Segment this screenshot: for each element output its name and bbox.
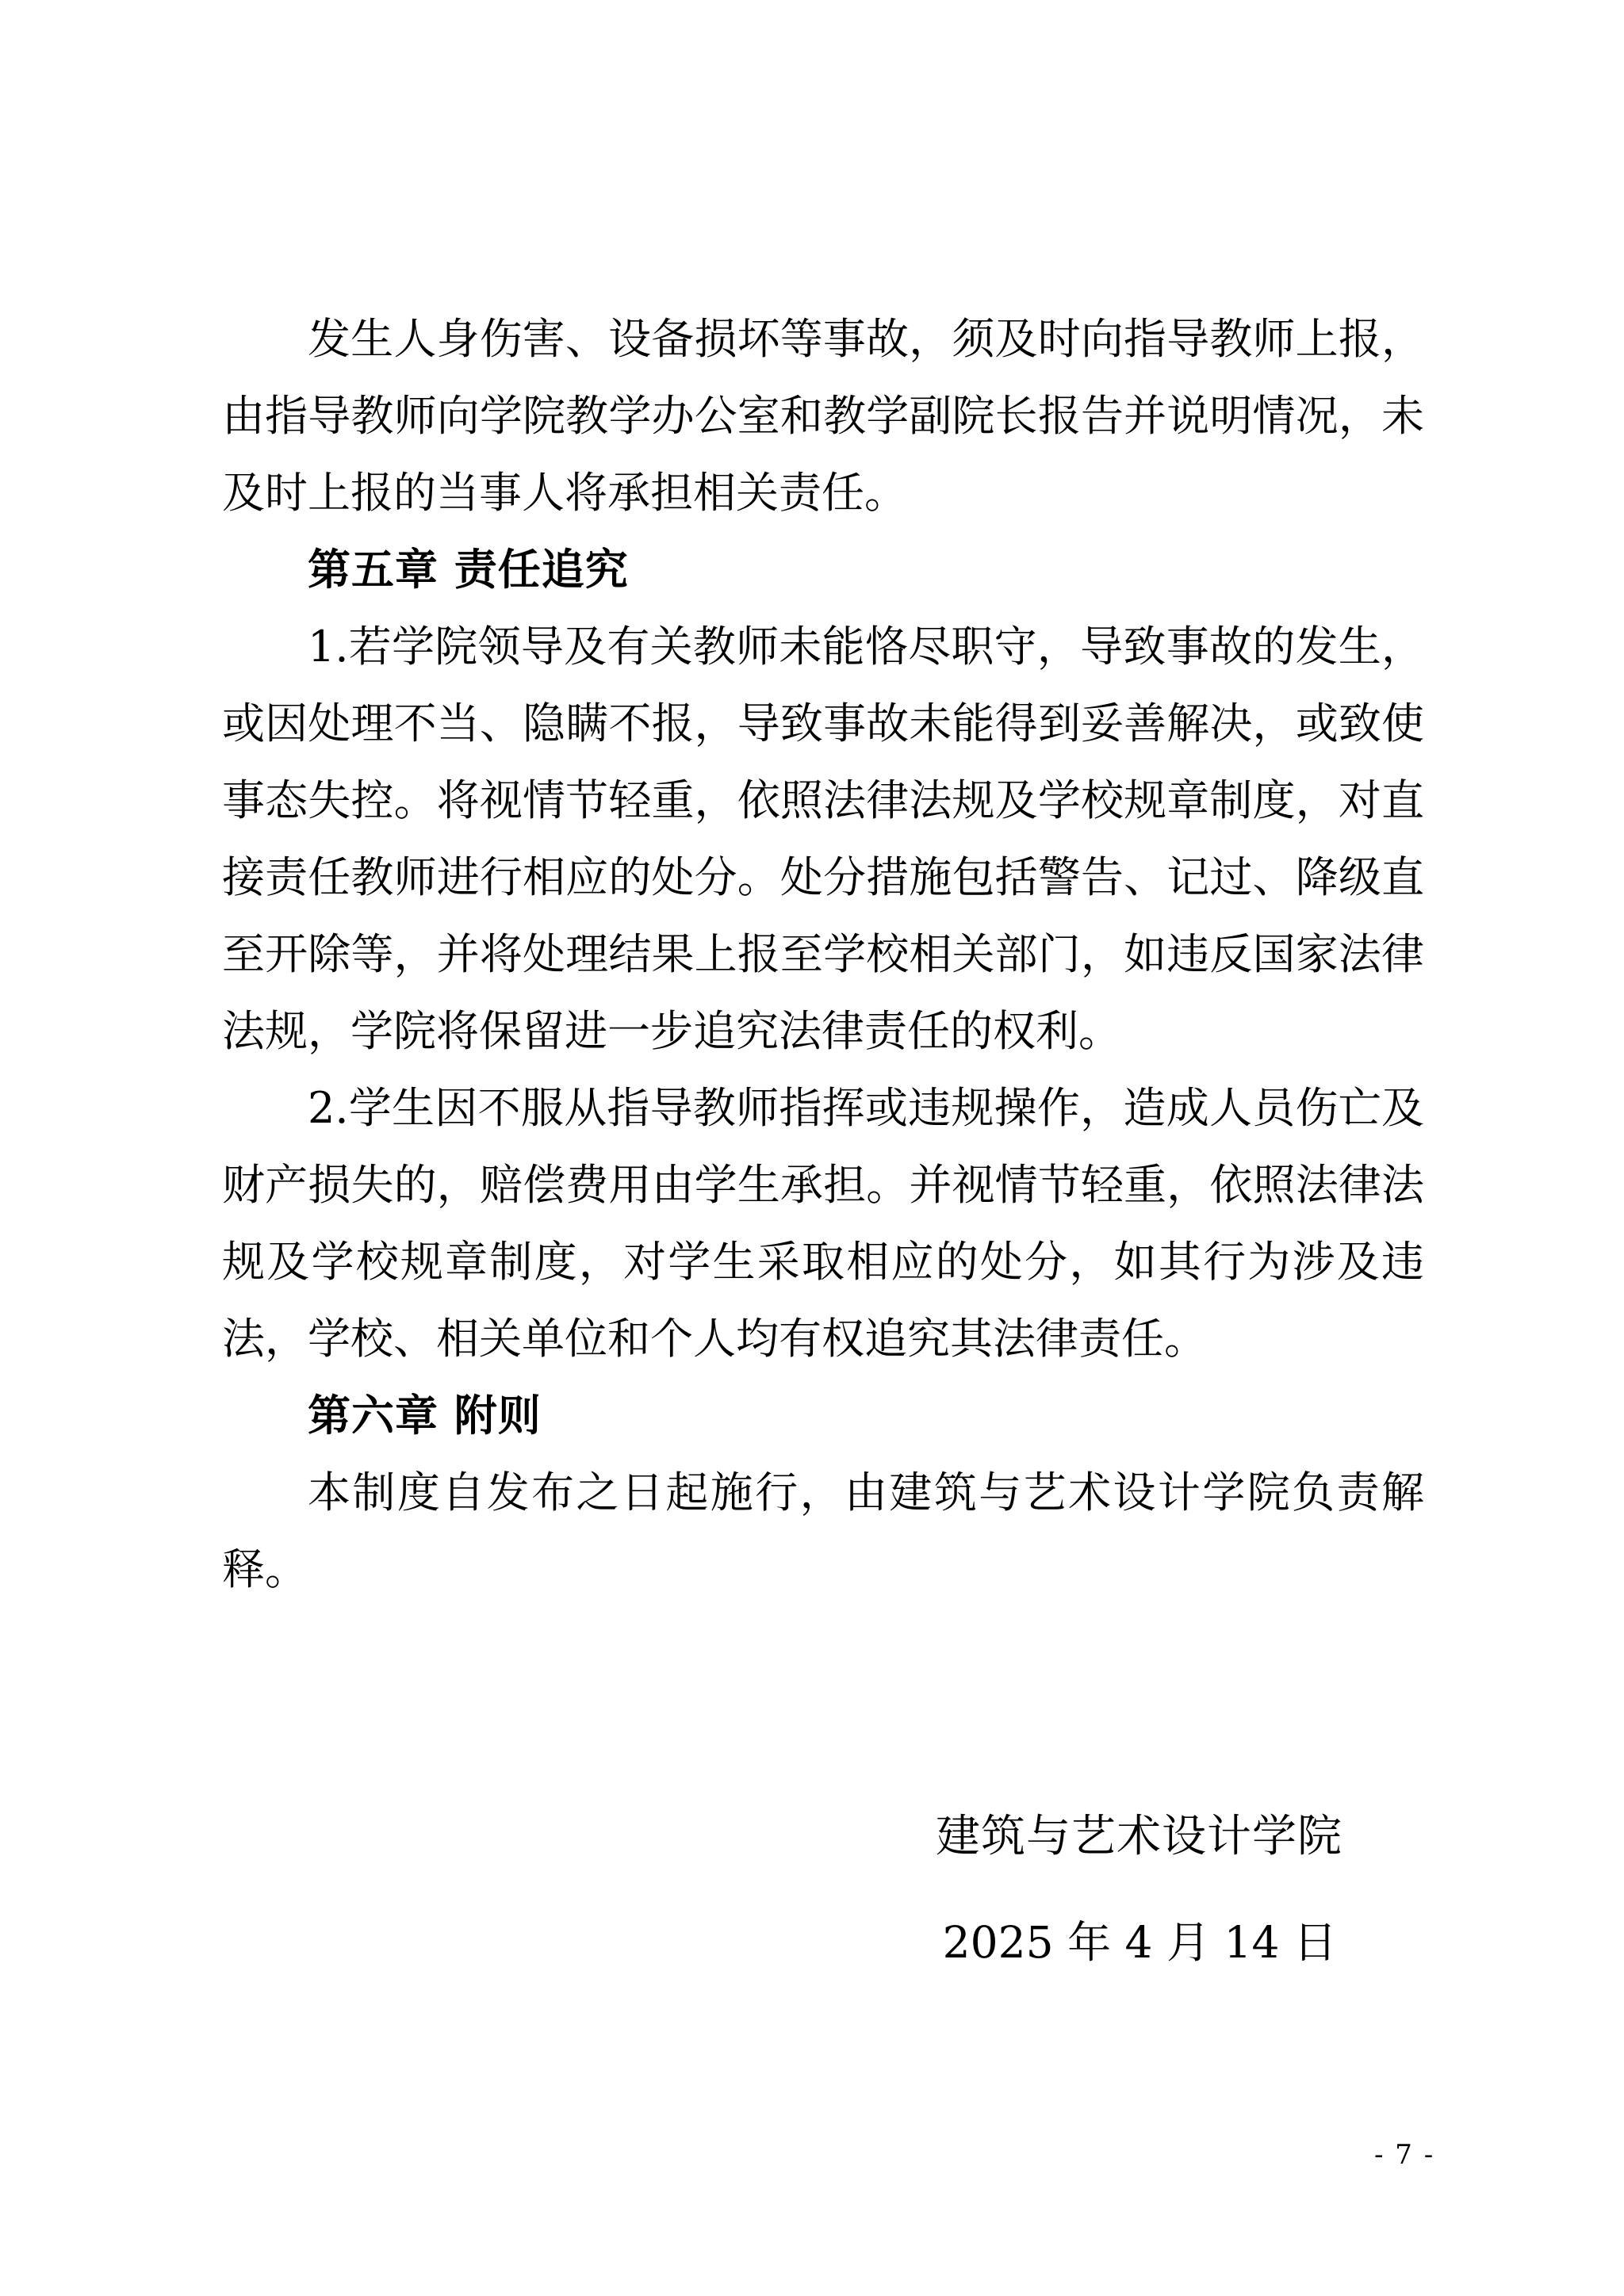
paragraph-effective-date: 本制度自发布之日起施行，由建筑与艺术设计学院负责解释。 [222, 1454, 1424, 1608]
signature-organization: 建筑与艺术设计学院 [936, 1809, 1342, 1865]
signature-date: 2025 年 4 月 14 日 [943, 1915, 1337, 1969]
chapter5-heading: 第五章 责任追究 [222, 531, 1424, 608]
document-page: 发生人身伤害、设备损坏等事故，须及时向指导教师上报，由指导教师向学院教学办公室和… [0, 0, 1624, 2296]
page-number: - 7 - [1374, 2139, 1434, 2171]
chapter6-heading: 第六章 附则 [222, 1377, 1424, 1454]
paragraph-teacher-accountability: 1.若学院领导及有关教师未能恪尽职守，导致事故的发生，或因处理不当、隐瞒不报，导… [222, 608, 1424, 1070]
paragraph-accident-reporting: 发生人身伤害、设备损坏等事故，须及时向指导教师上报，由指导教师向学院教学办公室和… [222, 300, 1424, 531]
document-body: 发生人身伤害、设备损坏等事故，须及时向指导教师上报，由指导教师向学院教学办公室和… [222, 300, 1424, 1608]
paragraph-student-accountability: 2.学生因不服从指导教师指挥或违规操作，造成人员伤亡及财产损失的，赔偿费用由学生… [222, 1070, 1424, 1377]
